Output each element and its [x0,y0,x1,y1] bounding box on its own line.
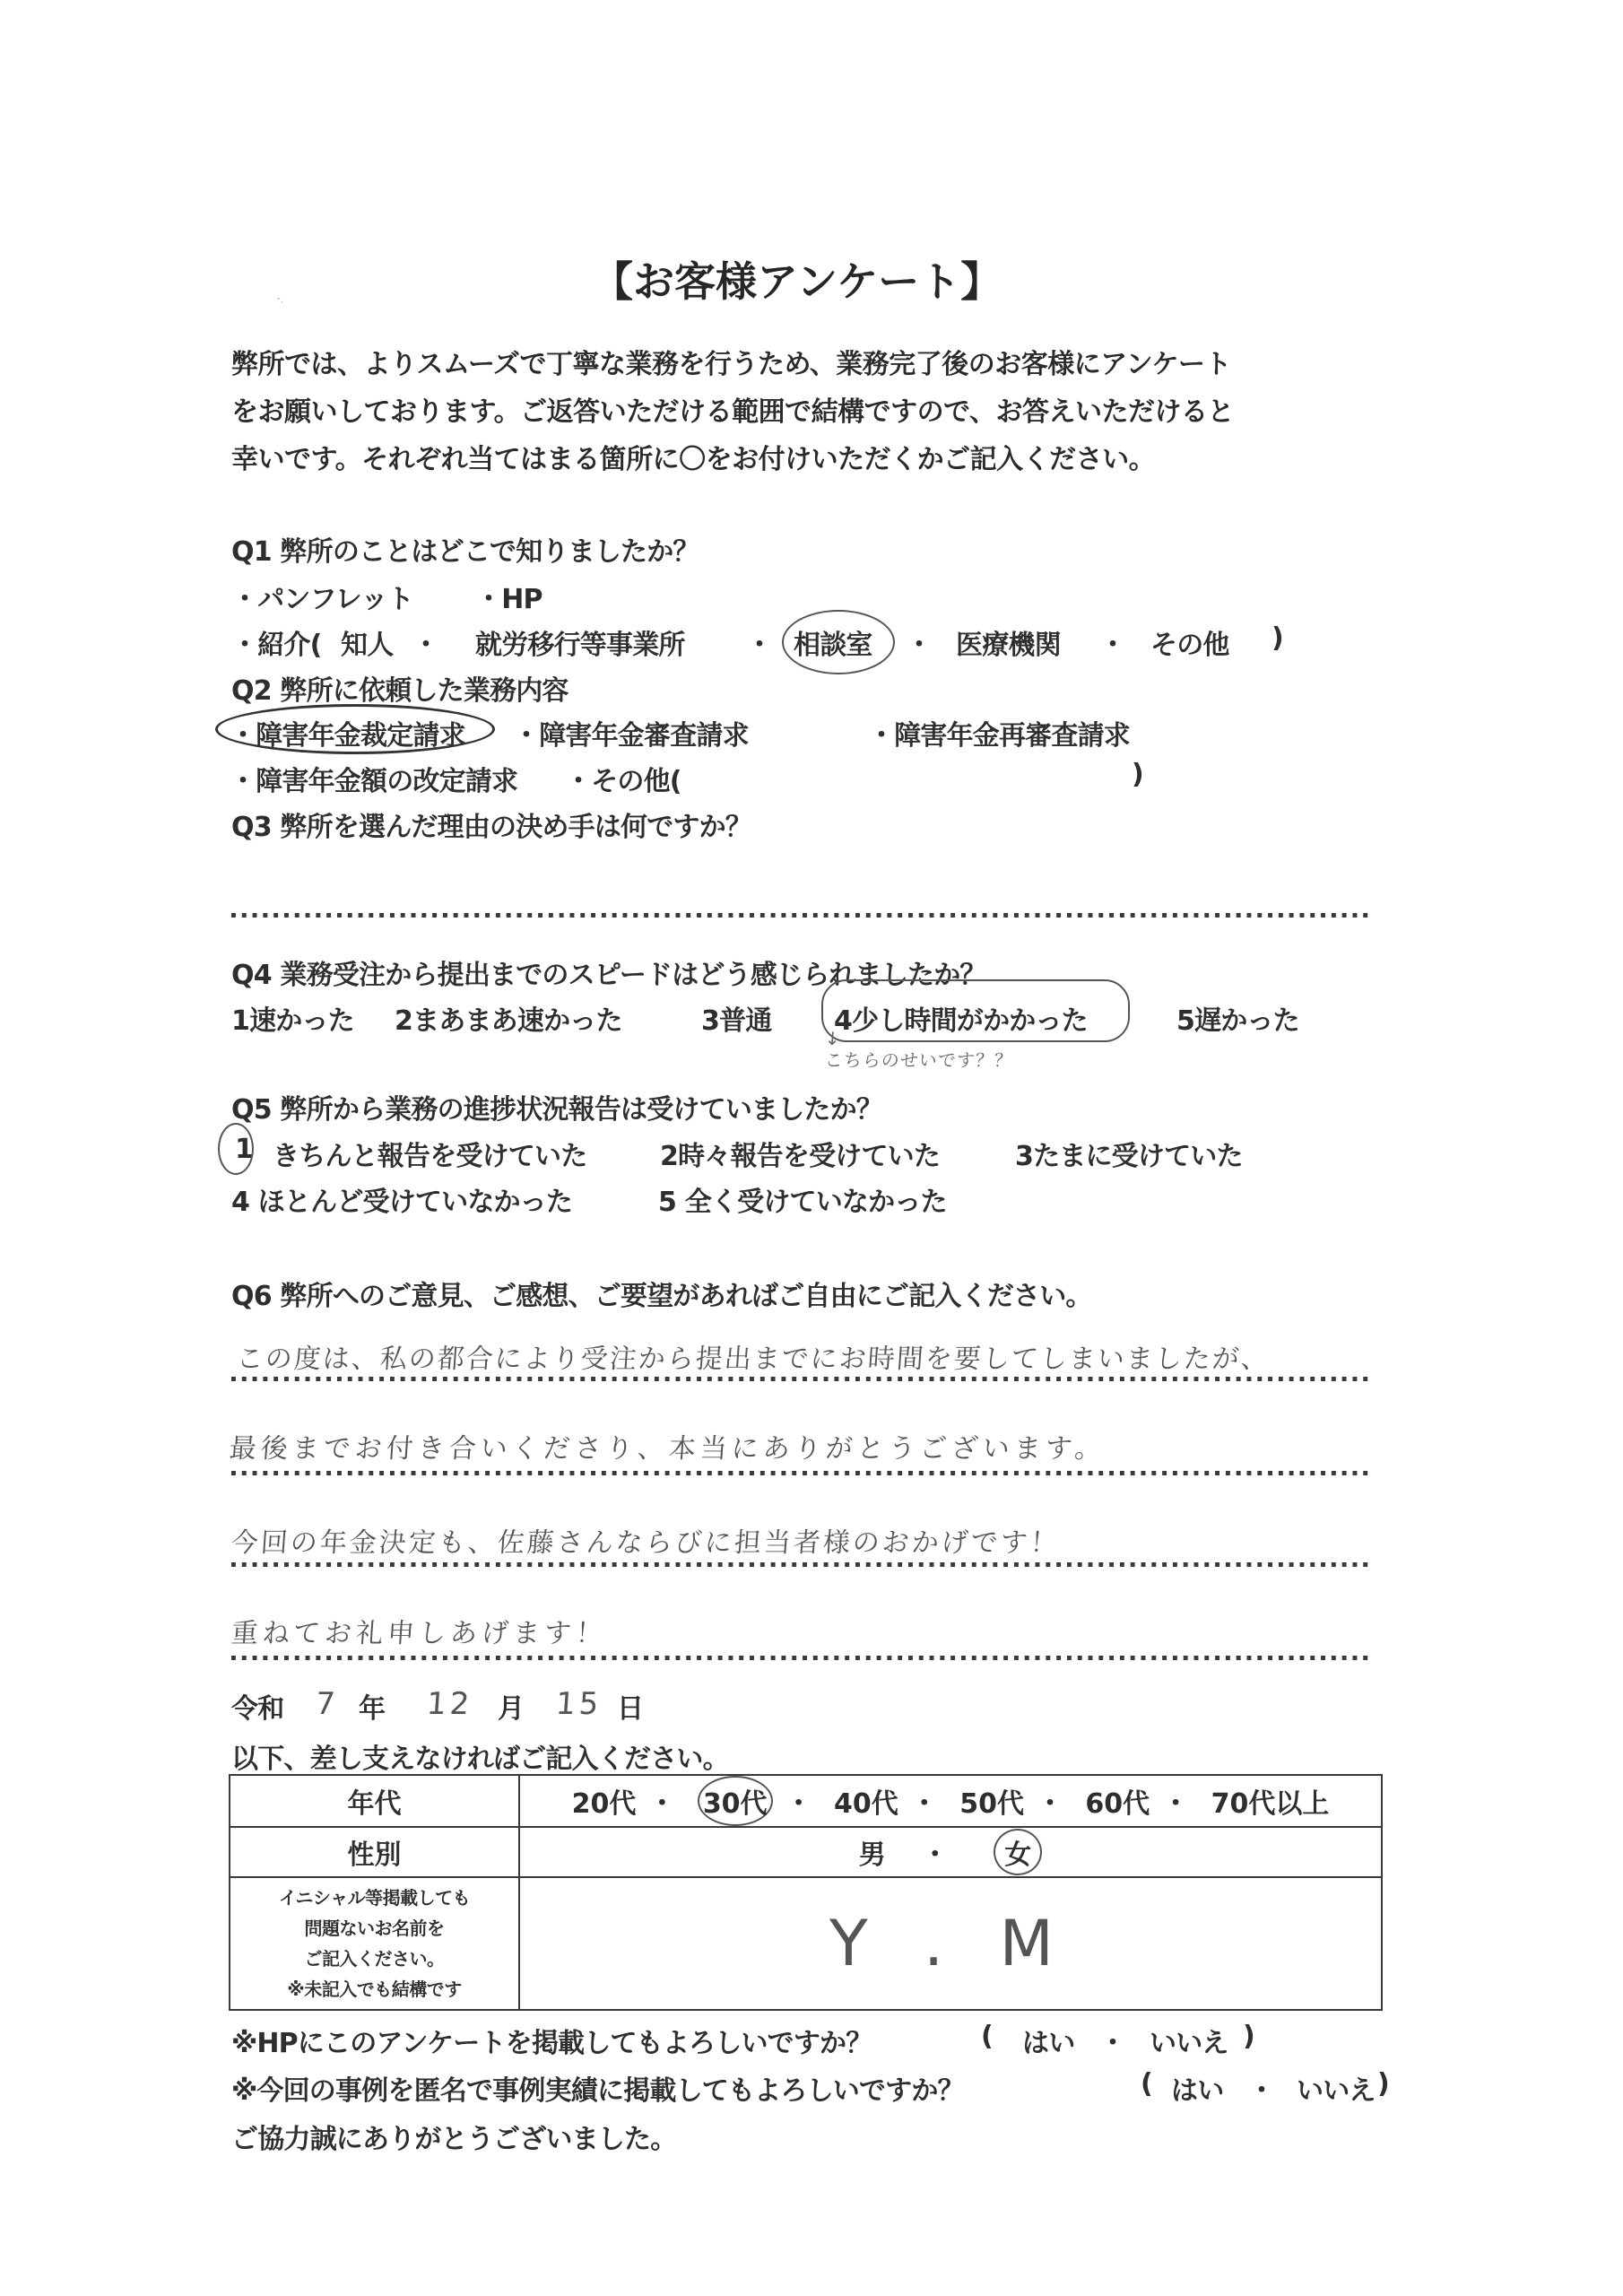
survey-title: 【お客様アンケート】 [592,249,1002,309]
date-era: 令和 [231,1686,283,1726]
q4-option-2[interactable]: 2まあまあ速かった [395,998,622,1038]
q6-line-1[interactable] [231,1377,1370,1381]
q1-sep: ・ [746,622,772,662]
q2-option-re-examination[interactable]: ・障害年金再審査請求 [868,713,1130,752]
q5-selected-circle [218,1123,254,1175]
q5-option-4[interactable]: 4 ほとんど受けていなかった [231,1179,572,1219]
age-option-20s[interactable]: 20代 [572,1788,637,1820]
q1-referral-suffix: ) [1271,622,1283,654]
name-label: イニシャル等掲載しても 問題ないお名前を ご記入ください。 ※未記入でも結構です [230,1877,519,2010]
case-consent-close: ) [1377,2068,1389,2100]
q6-line-4[interactable] [231,1656,1370,1660]
age-option-30s[interactable]: 30代 [698,1776,773,1826]
table-row-name: イニシャル等掲載しても 問題ないお名前を ご記入ください。 ※未記入でも結構です… [230,1877,1382,2010]
q6-line-3[interactable] [231,1562,1370,1567]
q5-option-5[interactable]: 5 全く受けていなかった [658,1179,947,1219]
name-value: Y . M [829,1907,1072,1980]
q1-option-other[interactable]: その他 [1150,622,1229,662]
age-label: 年代 [230,1775,519,1827]
q6-label: Q6 弊所へのご意見、ご感想、ご要望があればご自由にご記入ください。 [231,1274,1092,1313]
date-day-unit: 日 [617,1686,643,1726]
case-consent-sep: ・ [1248,2068,1274,2108]
table-row-age: 年代 20代・ 30代・ 40代・ 50代・ 60代・ 70代以上 [230,1775,1382,1827]
age-option-40s[interactable]: 40代 [834,1788,898,1820]
case-consent-no[interactable]: いいえ [1297,2068,1376,2108]
hp-consent-question: ※HPにこのアンケートを掲載してもよろしいですか？ [231,2021,872,2060]
q6-answer-line-2: 最後までお付き合いくださり、本当にありがとうございます。 [228,1426,1107,1465]
q1-sep: ・ [1099,622,1125,662]
q4-option-3[interactable]: 3普通 [701,998,771,1038]
sex-label: 性別 [230,1827,519,1877]
date-year[interactable]: 7 [315,1686,340,1722]
q1-sep: ・ [412,622,438,662]
profile-instruction: 以下、差し支えなければご記入ください。 [231,1736,729,1776]
sex-options: 男・ 女 [519,1827,1382,1877]
q1-option-medical[interactable]: 医療機関 [956,622,1061,662]
q1-label: Q1 弊所のことはどこで知りましたか？ [231,529,699,569]
q6-answer-line-1: この度は、私の都合により受注から提出までにお時間を要してしまいましたが、 [235,1336,1271,1376]
q5-option-2[interactable]: 2時々報告を受けていた [660,1134,940,1173]
sex-option-female[interactable]: 女 [994,1829,1042,1875]
case-consent-open: ( [1141,2068,1152,2100]
q6-answer-line-4: 重ねてお礼申しあげます！ [230,1611,608,1650]
q5-option-3[interactable]: 3たまに受けていた [1015,1134,1243,1173]
name-value-cell[interactable]: Y . M [519,1877,1382,2010]
hp-consent-close: ) [1243,2021,1254,2052]
case-consent-question: ※今回の事例を匿名で事例実績に掲載してもよろしいですか？ [231,2068,964,2108]
age-options: 20代・ 30代・ 40代・ 50代・ 60代・ 70代以上 [519,1775,1382,1827]
q3-answer-line[interactable] [231,913,1370,918]
hp-consent-sep: ・ [1099,2021,1125,2060]
q1-option-pamphlet[interactable]: ・パンフレット [231,577,413,616]
q4-option-5[interactable]: 5遅かった [1176,998,1299,1038]
intro-line-3: 幸いです。それぞれ当てはまる箇所に〇をお付けいただくかご記入ください。 [231,436,1155,483]
q4-handwritten-note: こちらのせいです？？ [824,1046,1014,1072]
date-day[interactable]: 15 [555,1686,603,1722]
q2-option-examination[interactable]: ・障害年金審査請求 [513,713,749,752]
age-option-50s[interactable]: 50代 [959,1788,1024,1820]
date-year-unit: 年 [359,1686,385,1726]
q1-option-hp[interactable]: ・HP [475,577,542,616]
q4-selected-circle [821,979,1130,1042]
table-row-sex: 性別 男・ 女 [230,1827,1382,1877]
q6-answer-line-3: 今回の年金決定も、佐藤さんならびに担当者様のおかげです！ [230,1520,1061,1560]
q1-referral-prefix: ・紹介( [231,622,322,662]
q2-other-close: ) [1132,759,1143,790]
q2-selected-circle [215,704,495,754]
q6-line-2[interactable] [231,1471,1370,1475]
date-month-unit: 月 [498,1686,524,1726]
intro-line-1: 弊所では、よりスムーズで丁寧な業務を行うため、業務完了後のお客様にアンケート [231,341,1231,388]
q1-selected-circle [782,610,895,674]
q2-label: Q2 弊所に依頼した業務内容 [231,668,568,708]
q2-option-revision[interactable]: ・障害年金額の改定請求 [230,759,517,798]
case-consent-yes[interactable]: はい [1171,2068,1223,2108]
q4-option-1[interactable]: 1速かった [231,998,354,1038]
profile-table: 年代 20代・ 30代・ 40代・ 50代・ 60代・ 70代以上 性別 男・ … [229,1774,1383,2011]
q2-option-other[interactable]: ・その他( [565,759,681,798]
age-option-70s-plus[interactable]: 70代以上 [1211,1788,1330,1820]
q3-label: Q3 弊所を選んだ理由の決め手は何ですか？ [231,804,751,844]
scan-speck: ･. [276,291,283,305]
intro-line-2: をお願いしております。ご返答いただける範囲で結構ですので、お答えいただけると [231,388,1234,436]
hp-consent-no[interactable]: いいえ [1150,2021,1228,2060]
q5-label: Q5 弊所から業務の進捗状況報告は受けていましたか？ [231,1087,882,1126]
q1-option-employment-office[interactable]: 就労移行等事業所 [475,622,685,662]
q1-option-acquaintance[interactable]: 知人 [341,622,393,662]
date-month[interactable]: 12 [426,1686,474,1722]
age-option-60s[interactable]: 60代 [1085,1788,1150,1820]
sex-option-male[interactable]: 男 [859,1839,886,1871]
q5-option-1[interactable]: きちんと報告を受けていた [273,1134,586,1173]
hp-consent-open: ( [981,2021,993,2052]
q1-sep: ・ [906,622,932,662]
hp-consent-yes[interactable]: はい [1022,2021,1074,2060]
thanks-message: ご協力誠にありがとうございました。 [231,2117,676,2156]
